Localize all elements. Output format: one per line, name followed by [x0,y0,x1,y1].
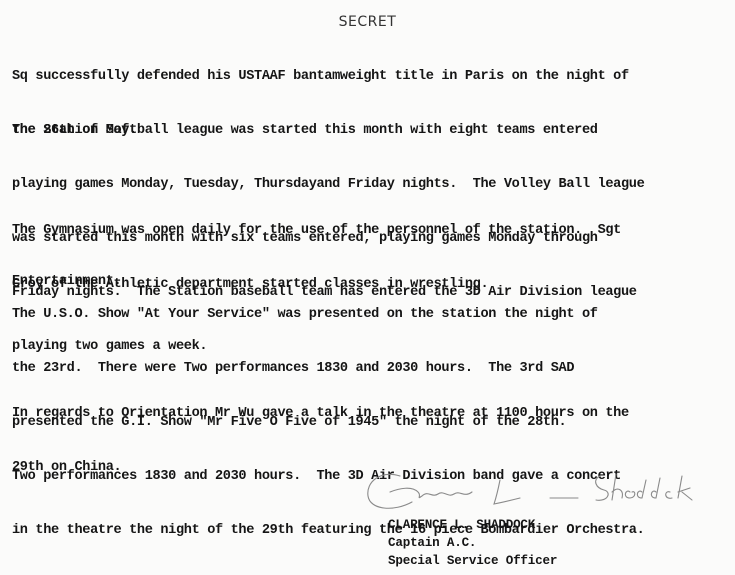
signatory-title: Special Service Officer [388,552,557,570]
classification-header: SECRET [0,14,735,30]
signatory-rank: Captain A.C. [388,534,557,552]
text-line: in the theatre the night of the 29th fea… [12,522,727,540]
text-line: Sq successfully defended his USTAAF bant… [12,68,727,86]
text-line: The Station Softball league was started … [12,122,727,140]
text-line: In regards to Orientation Mr Wu gave a t… [12,405,727,423]
document-page: SECRET Sq successfully defended his USTA… [0,0,735,575]
text-line: The U.S.O. Show "At Your Service" was pr… [12,306,727,324]
signature-block: CLARENCE L. SHADDOCK Captain A.C. Specia… [388,516,557,570]
signatory-name: CLARENCE L. SHADDOCK [388,516,557,534]
handwritten-signature [360,462,720,518]
